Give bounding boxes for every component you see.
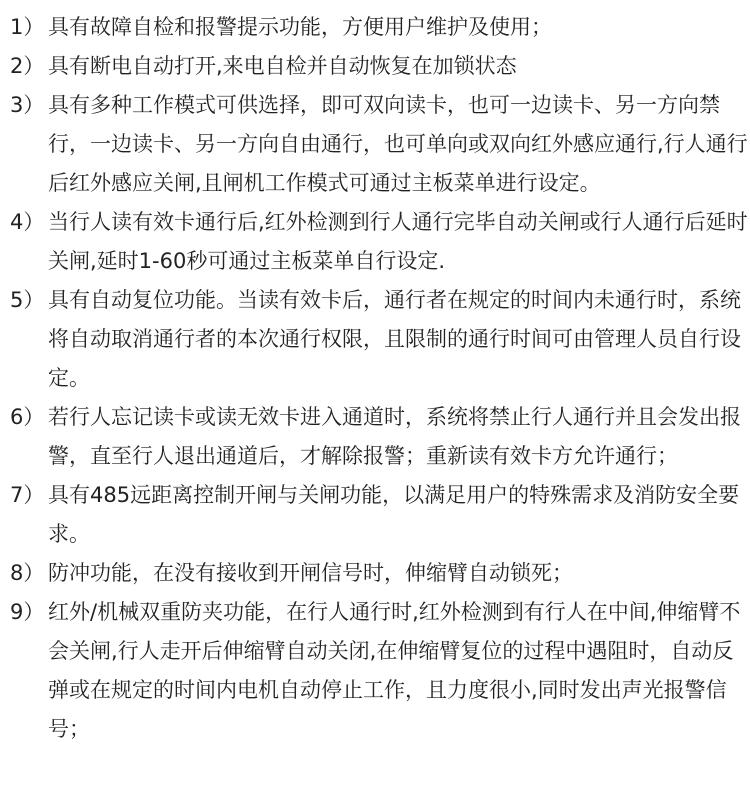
item-number: 3）: [0, 86, 48, 125]
item-number: 1）: [0, 8, 48, 47]
item-text: 防冲功能，在没有接收到开闸信号时，伸缩臂自动锁死；: [48, 554, 748, 593]
feature-list: 1） 具有故障自检和报警提示功能，方便用户维护及使用； 2） 具有断电自动打开,…: [0, 8, 750, 749]
item-number: 5）: [0, 281, 48, 320]
item-text: 具有自动复位功能。当读有效卡后，通行者在规定的时间内未通行时，系统将自动取消通行…: [48, 281, 748, 398]
item-number: 2）: [0, 47, 48, 86]
item-number: 4）: [0, 203, 48, 242]
item-text: 具有故障自检和报警提示功能，方便用户维护及使用；: [48, 8, 748, 47]
list-item-7: 7） 具有485远距离控制开闸与关闸功能，以满足用户的特殊需求及消防安全要求。: [0, 476, 750, 554]
item-text: 当行人读有效卡通行后,红外检测到行人通行完毕自动关闸或行人通行后延时关闸,延时1…: [48, 203, 748, 281]
item-text: 具有多种工作模式可供选择，即可双向读卡，也可一边读卡、另一方向禁行，一边读卡、另…: [48, 86, 748, 203]
item-text: 若行人忘记读卡或读无效卡进入通道时，系统将禁止行人通行并且会发出报警，直至行人退…: [48, 398, 748, 476]
list-item-5: 5） 具有自动复位功能。当读有效卡后，通行者在规定的时间内未通行时，系统将自动取…: [0, 281, 750, 398]
list-item-4: 4） 当行人读有效卡通行后,红外检测到行人通行完毕自动关闸或行人通行后延时关闸,…: [0, 203, 750, 281]
item-text: 具有485远距离控制开闸与关闸功能，以满足用户的特殊需求及消防安全要求。: [48, 476, 748, 554]
item-text: 红外/机械双重防夹功能，在行人通行时,红外检测到有行人在中间,伸缩臂不会关闸,行…: [48, 593, 748, 749]
list-item-2: 2） 具有断电自动打开,来电自检并自动恢复在加锁状态: [0, 47, 750, 86]
list-item-1: 1） 具有故障自检和报警提示功能，方便用户维护及使用；: [0, 8, 750, 47]
list-item-3: 3） 具有多种工作模式可供选择，即可双向读卡，也可一边读卡、另一方向禁行，一边读…: [0, 86, 750, 203]
list-item-6: 6） 若行人忘记读卡或读无效卡进入通道时，系统将禁止行人通行并且会发出报警，直至…: [0, 398, 750, 476]
item-number: 6）: [0, 398, 48, 437]
item-text: 具有断电自动打开,来电自检并自动恢复在加锁状态: [48, 47, 748, 86]
item-number: 7）: [0, 476, 48, 515]
item-number: 8）: [0, 554, 48, 593]
item-number: 9）: [0, 593, 48, 632]
list-item-8: 8） 防冲功能，在没有接收到开闸信号时，伸缩臂自动锁死；: [0, 554, 750, 593]
list-item-9: 9） 红外/机械双重防夹功能，在行人通行时,红外检测到有行人在中间,伸缩臂不会关…: [0, 593, 750, 749]
